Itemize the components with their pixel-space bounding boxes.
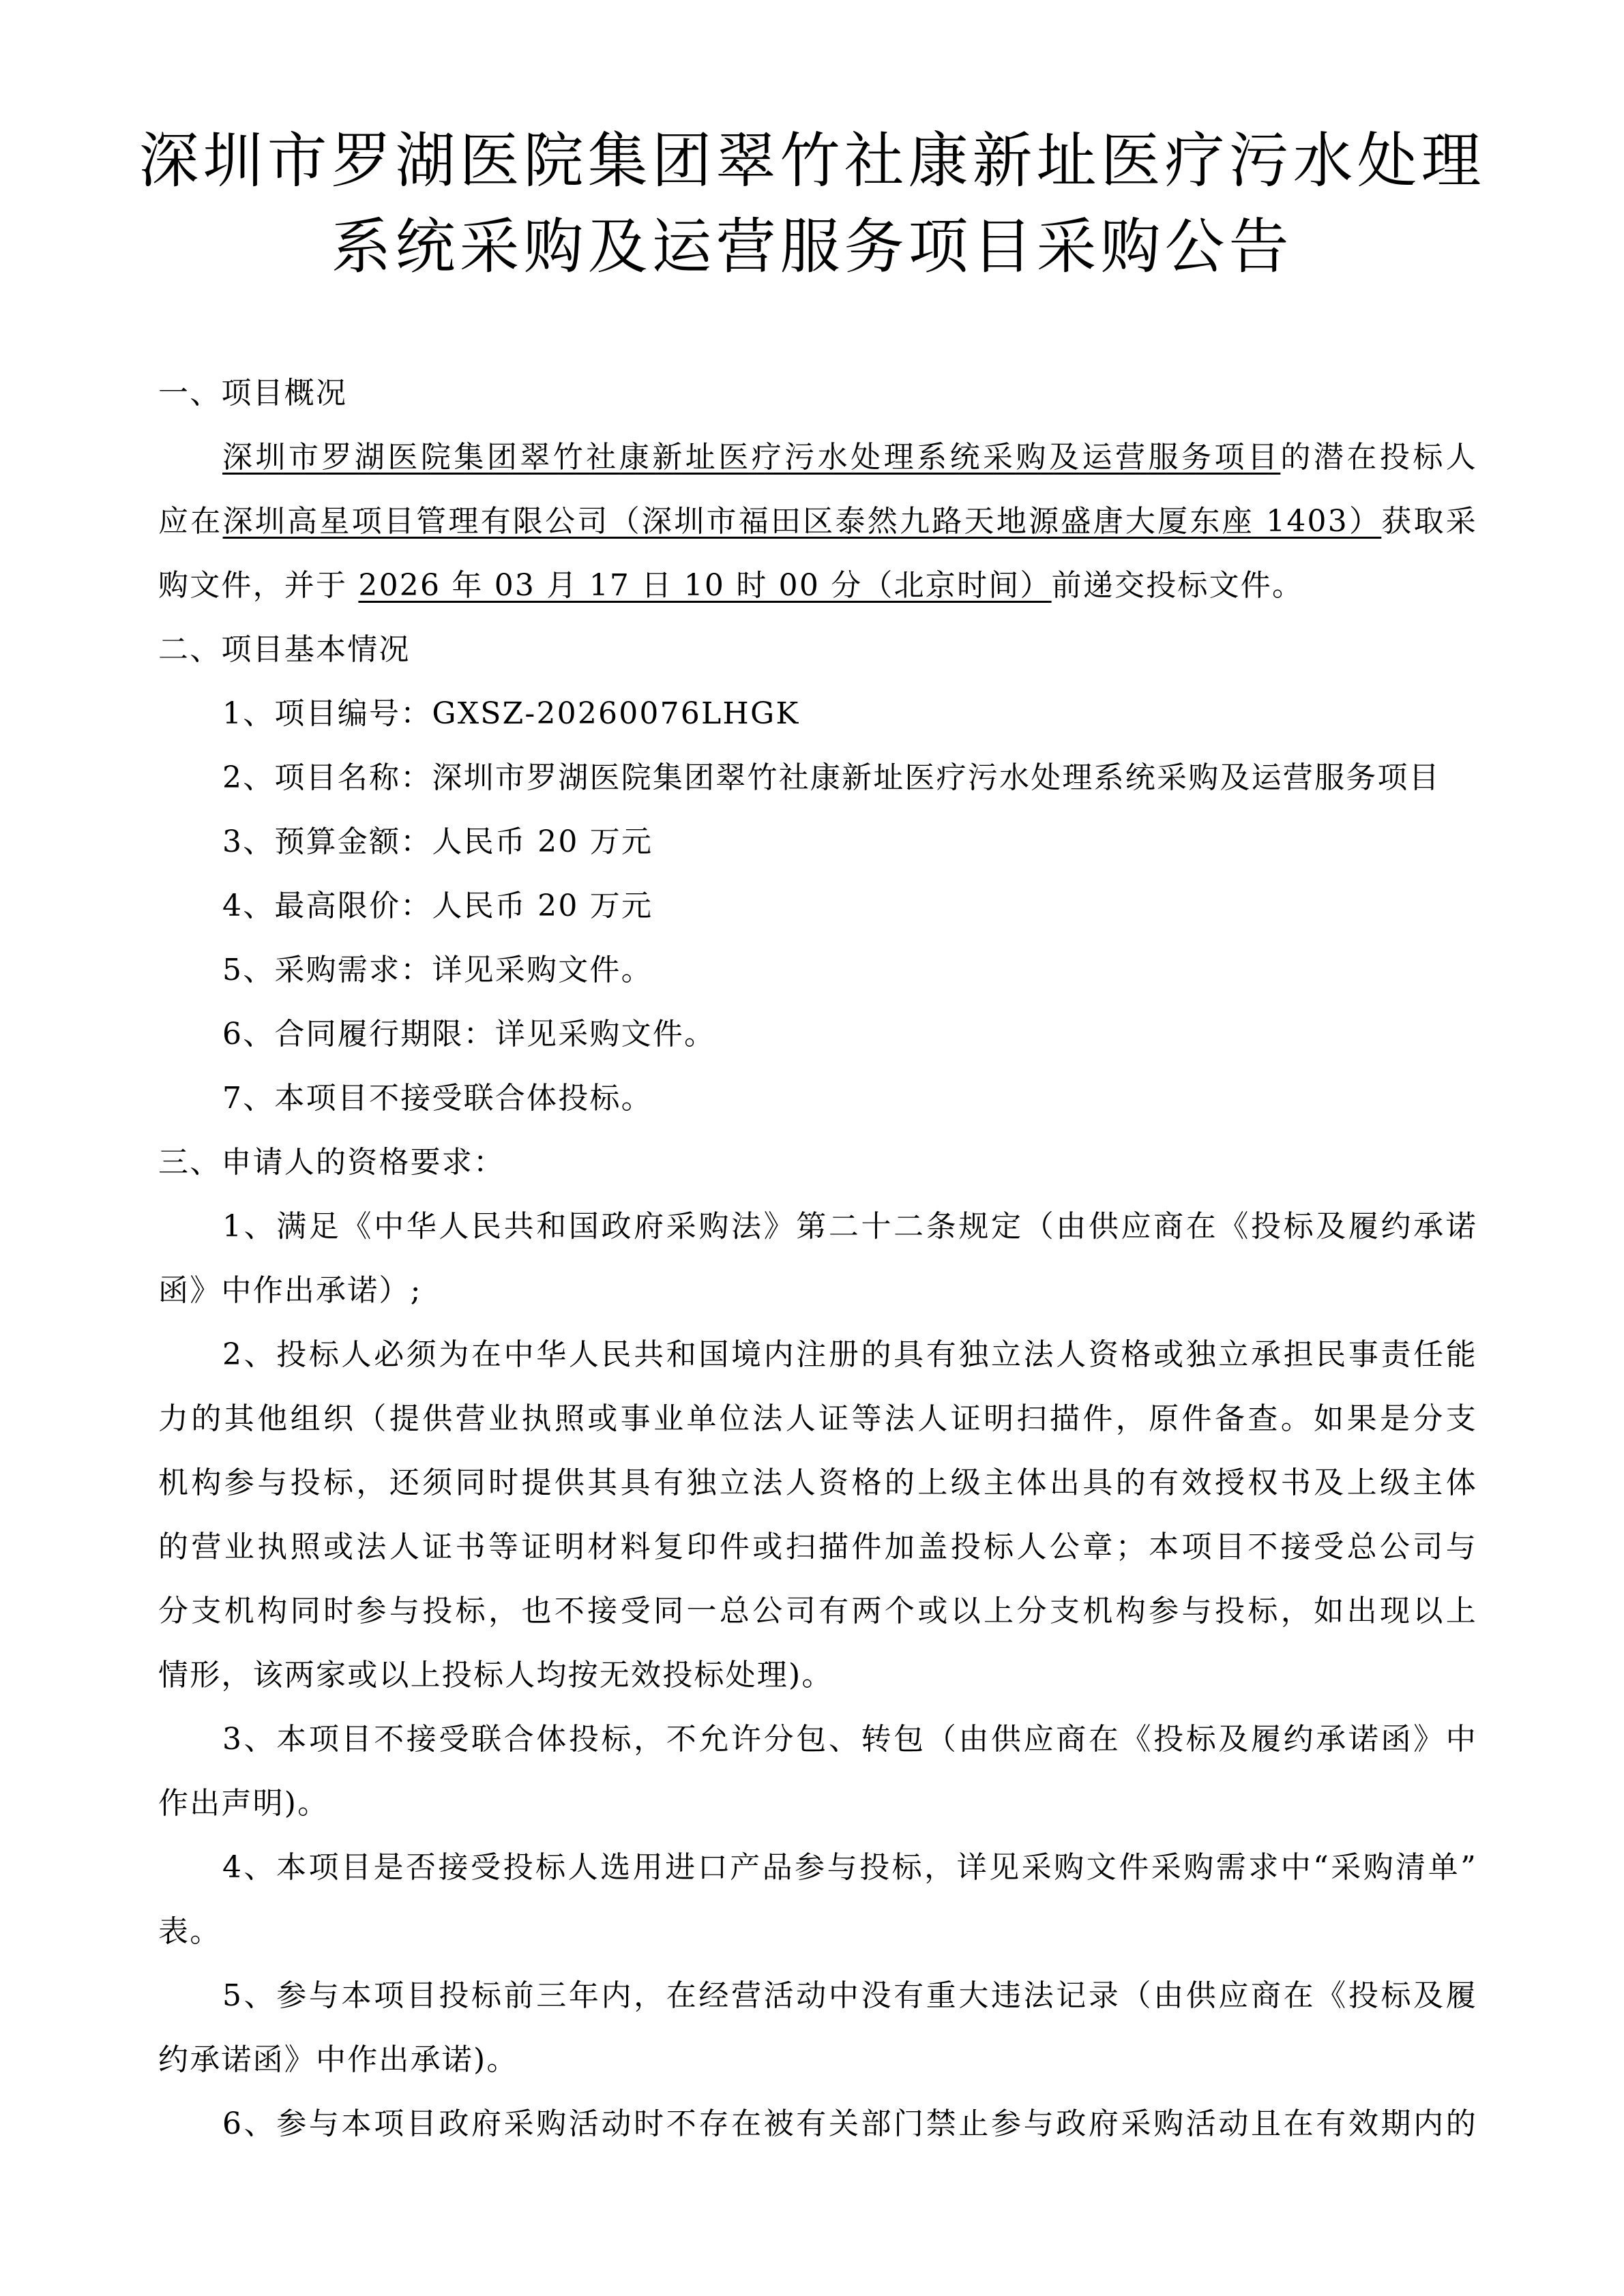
overview-text: 购文件，并于	[158, 568, 358, 603]
section-heading-overview: 一、项目概况	[158, 361, 1477, 426]
overview-text: 的潜在投标人	[1280, 440, 1477, 475]
document-title-line-2: 系统采购及运营服务项目采购公告	[0, 217, 1624, 277]
info-item-requirements: 5、采购需求：详见采购文件。	[158, 938, 1477, 1002]
requirement-2-line-5: 分支机构同时参与投标，也不接受同一总公司有两个或以上分支机构参与投标，如出现以上	[158, 1579, 1477, 1643]
info-item-contract-period: 6、合同履行期限：详见采购文件。	[158, 1002, 1477, 1067]
overview-paragraph-line-2: 应在深圳高星项目管理有限公司（深圳市福田区泰然九路天地源盛唐大厦东座 1403）…	[158, 490, 1477, 554]
requirement-1-line-2: 函》中作出承诺）;	[158, 1259, 1477, 1323]
requirement-6-line-1: 6、参与本项目政府采购活动时不存在被有关部门禁止参与政府采购活动且在有效期内的	[158, 2092, 1477, 2156]
requirement-5-line-2: 约承诺函》中作出承诺)。	[158, 2028, 1477, 2092]
requirement-4-line-2: 表。	[158, 1900, 1477, 1964]
agency-name: 深圳高星项目管理有限公司（深圳市福田区泰然九路天地源盛唐大厦东座 1403）	[223, 504, 1382, 539]
info-item-max-price: 4、最高限价：人民币 20 万元	[158, 874, 1477, 938]
info-item-project-number: 1、项目编号：GXSZ-20260076LHGK	[158, 682, 1477, 746]
requirement-2-line-4: 的营业执照或法人证书等证明材料复印件或扫描件加盖投标人公章；本项目不接受总公司与	[158, 1515, 1477, 1579]
requirement-2-line-3: 机构参与投标，还须同时提供其具有独立法人资格的上级主体出具的有效授权书及上级主体	[158, 1451, 1477, 1515]
info-item-consortium: 7、本项目不接受联合体投标。	[158, 1067, 1477, 1131]
overview-paragraph-line-3: 购文件，并于 2026 年 03 月 17 日 10 时 00 分（北京时间）前…	[158, 554, 1477, 618]
info-item-budget: 3、预算金额：人民币 20 万元	[158, 810, 1477, 874]
requirement-2-line-6: 情形，该两家或以上投标人均按无效投标处理)。	[158, 1643, 1477, 1708]
overview-text: 应在	[158, 504, 223, 539]
requirement-2-line-1: 2、投标人必须为在中华人民共和国境内注册的具有独立法人资格或独立承担民事责任能	[158, 1323, 1477, 1387]
overview-text: 获取采	[1381, 504, 1477, 539]
requirement-3-line-2: 作出声明)。	[158, 1772, 1477, 1836]
overview-paragraph-line-1: 深圳市罗湖医院集团翠竹社康新址医疗污水处理系统采购及运营服务项目的潜在投标人	[158, 426, 1477, 490]
submission-deadline: 2026 年 03 月 17 日 10 时 00 分（北京时间）	[358, 568, 1051, 603]
document-body: 一、项目概况 深圳市罗湖医院集团翠竹社康新址医疗污水处理系统采购及运营服务项目的…	[158, 361, 1477, 2156]
info-item-project-name: 2、项目名称：深圳市罗湖医院集团翠竹社康新址医疗污水处理系统采购及运营服务项目	[158, 746, 1477, 810]
project-name-link: 深圳市罗湖医院集团翠竹社康新址医疗污水处理系统采购及运营服务项目	[222, 440, 1280, 475]
requirement-4-line-1: 4、本项目是否接受投标人选用进口产品参与投标，详见采购文件采购需求中“采购清单”	[158, 1836, 1477, 1900]
requirement-3-line-1: 3、本项目不接受联合体投标，不允许分包、转包（由供应商在《投标及履约承诺函》中	[158, 1708, 1477, 1772]
section-heading-qualifications: 三、申请人的资格要求：	[158, 1131, 1477, 1195]
requirement-5-line-1: 5、参与本项目投标前三年内，在经营活动中没有重大违法记录（由供应商在《投标及履	[158, 1964, 1477, 2028]
section-heading-basic-info: 二、项目基本情况	[158, 618, 1477, 682]
requirement-2-line-2: 力的其他组织（提供营业执照或事业单位法人证等法人证明扫描件，原件备查。如果是分支	[158, 1387, 1477, 1451]
overview-text: 前递交投标文件。	[1052, 568, 1304, 603]
document-title-line-1: 深圳市罗湖医院集团翠竹社康新址医疗污水处理	[0, 131, 1624, 191]
requirement-1-line-1: 1、满足《中华人民共和国政府采购法》第二十二条规定（由供应商在《投标及履约承诺	[158, 1195, 1477, 1259]
